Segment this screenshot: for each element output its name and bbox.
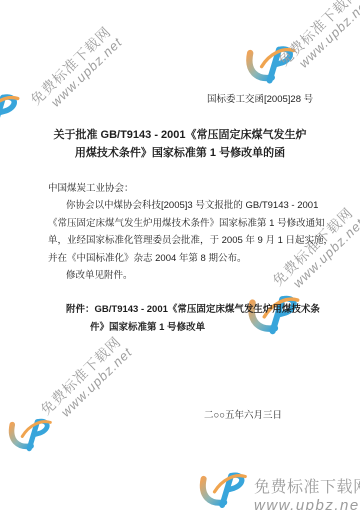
body-line: 修改单见附件。: [66, 267, 133, 281]
watermark-site-url: www.upbz.net: [39, 16, 144, 118]
scanned-document-page: 免费标准下载网 www.upbz.net 免费标准下载网 www.upbz.ne…: [0, 0, 360, 510]
body-line: 你协会以中煤协会科技[2005]3 号文报批的 GB/T9143 - 2001: [66, 197, 318, 211]
footer-brand: 免费标准下载网 www.upbz.net: [196, 466, 360, 510]
document-date: 二○○五年六月三日: [204, 407, 282, 421]
doc-number: 国标委工交函[2005]28 号: [207, 91, 313, 105]
watermark-text: 免费标准下载网 www.upbz.net: [28, 5, 144, 118]
body-line: 并在《中国标准化》杂志 2004 年第 8 期公布。: [48, 250, 246, 264]
footer-site-url: www.upbz.net: [254, 497, 360, 510]
page-title-line1: 关于批准 GB/T9143 - 2001《常压固定床煤气发生炉: [0, 126, 360, 142]
body-line: 《常压固定床煤气发生炉用煤技术条件》国家标准第 1 号修改通知: [48, 215, 325, 229]
upbz-logo-icon: [196, 466, 250, 508]
footer-site-name: 免费标准下载网: [254, 474, 360, 497]
watermark-site-name: 免费标准下载网: [28, 5, 133, 107]
attachment-line2: 件》国家标准第 1 号修改单: [90, 319, 205, 333]
attachment-line1: 附件：GB/T9143 - 2001《常压固定床煤气发生炉用煤技术条: [66, 301, 320, 315]
salutation: 中国煤炭工业协会：: [48, 180, 134, 194]
page-title-line2: 用煤技术条件》国家标准第 1 号修改单的函: [0, 144, 360, 160]
body-line: 单，业经国家标准化管理委员会批准，于 2005 年 9 月 1 日起实施，: [48, 232, 333, 246]
watermark-site-url: www.upbz.net: [49, 326, 154, 428]
